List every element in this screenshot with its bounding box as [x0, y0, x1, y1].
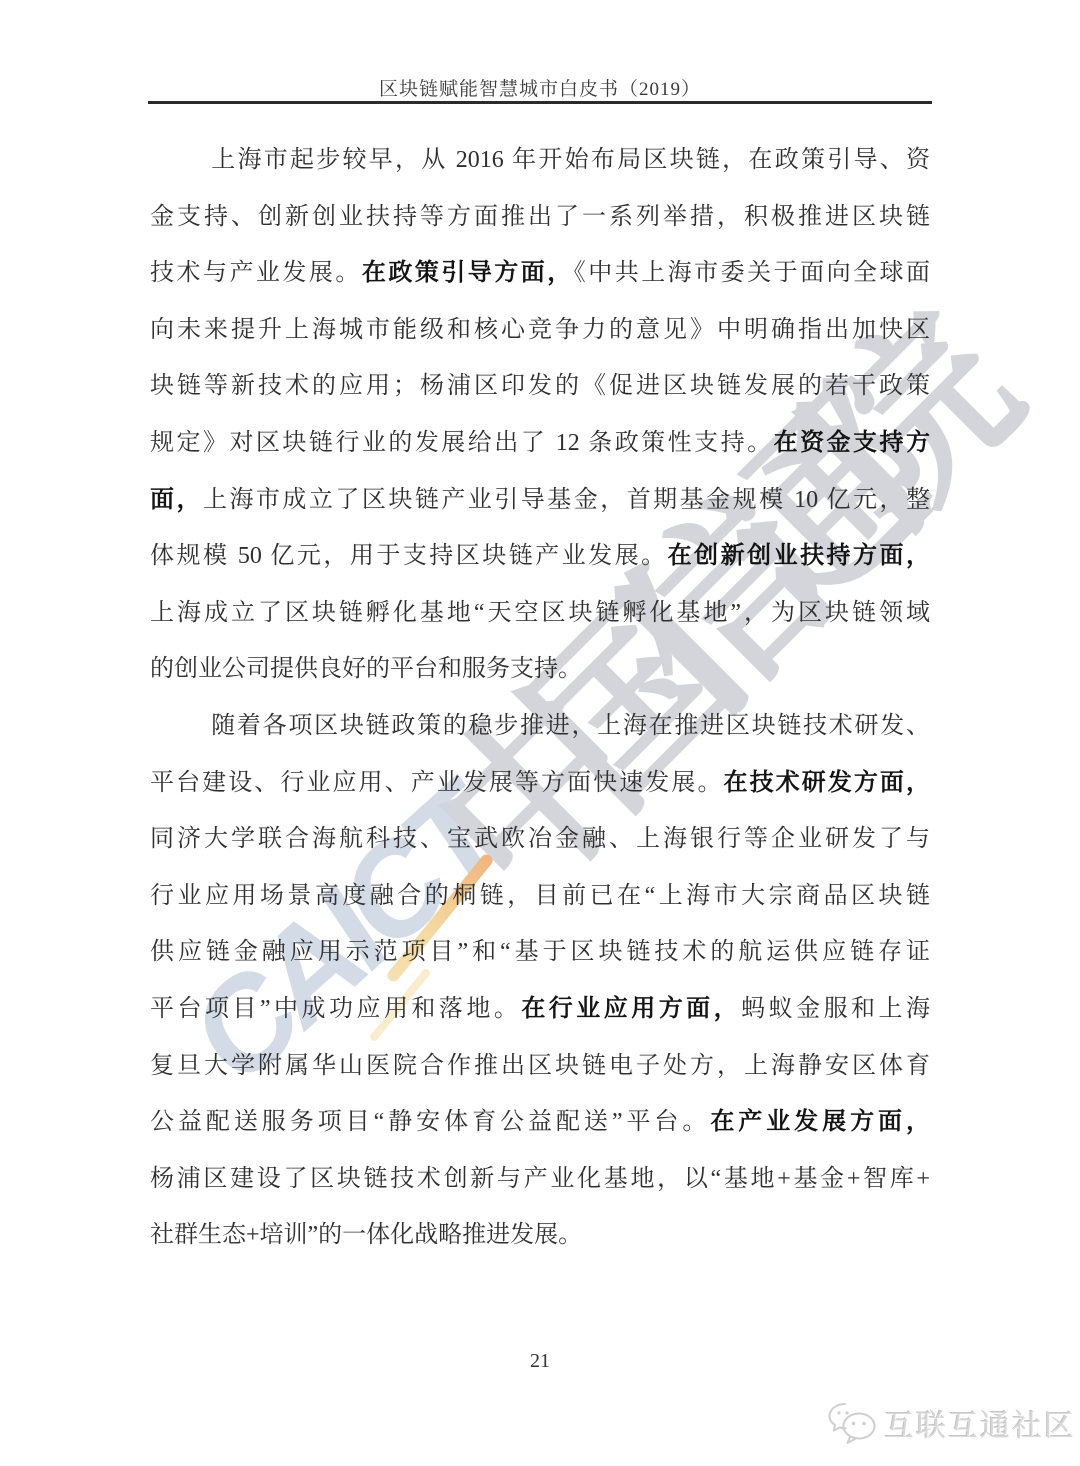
text-segment: 行业应用场景高度融合的桐链，目前已在“上海市大宗商品区块链: [150, 883, 930, 909]
body-line: 体规模 50 亿元，用于支持区块链产业发展。在创新创业扶持方面，: [150, 528, 930, 585]
text-segment: 的创业公司提供良好的平台和服务支持。: [150, 656, 582, 682]
text-segment: 杨浦区建设了区块链技术创新与产业化基地，以“基地+基金+智库+: [150, 1166, 930, 1192]
text-segment: 《中共上海市委关于面向全球面: [574, 260, 930, 286]
text-segment: 规定》对区块链行业的发展给出了 12 条政策性支持。: [150, 430, 774, 456]
body-line: 社群生态+培训”的一体化战略推进发展。: [150, 1207, 930, 1264]
text-segment: 社群生态+培训”的一体化战略推进发展。: [150, 1222, 582, 1248]
page-header-title: 区块链赋能智慧城市白皮书（2019）: [150, 74, 930, 101]
body-line: 行业应用场景高度融合的桐链，目前已在“上海市大宗商品区块链: [150, 868, 930, 925]
bold-text-segment: 在创新创业扶持方面，: [668, 542, 930, 569]
text-segment: 技术与产业发展。: [150, 260, 362, 286]
footer-brand: 互联互通社区: [826, 1400, 1076, 1446]
text-segment: 供应链金融应用示范项目”和“基于区块链技术的航运供应链存证: [150, 939, 930, 965]
text-segment: 同济大学联合海航科技、宝武欧冶金融、上海银行等企业研发了与: [150, 826, 930, 852]
document-page: 中国信通院 CAICT 区块链赋能智慧城市白皮书（2019） 上海市起步较早，从…: [0, 0, 1080, 1466]
body-line: 复旦大学附属华山医院合作推出区块链电子处方，上海静安区体育: [150, 1038, 930, 1095]
text-segment: 上海市起步较早，从 2016 年开始布局区块链，在政策引导、资: [211, 147, 930, 173]
text-segment: 蚂蚁金服和上海: [741, 996, 930, 1022]
bold-text-segment: 在技术研发方面，: [724, 769, 930, 796]
body-line: 块链等新技术的应用；杨浦区印发的《促进区块链发展的若干政策: [150, 358, 930, 415]
body-line: 上海市起步较早，从 2016 年开始布局区块链，在政策引导、资: [150, 132, 930, 189]
body-line: 向未来提升上海城市能级和核心竞争力的意见》中明确指出加快区: [150, 302, 930, 359]
body-line: 的创业公司提供良好的平台和服务支持。: [150, 641, 930, 698]
text-segment: 向未来提升上海城市能级和核心竞争力的意见》中明确指出加快区: [150, 317, 930, 343]
body-line: 技术与产业发展。在政策引导方面，《中共上海市委关于面向全球面: [150, 245, 930, 302]
bold-text-segment: 面，: [150, 486, 203, 513]
text-segment: 随着各项区块链政策的稳步推进，上海在推进区块链技术研发、: [211, 713, 930, 739]
text-segment: 上海成立了区块链孵化基地“天空区块链孵化基地”，为区块链领域: [150, 600, 930, 626]
body-text: 上海市起步较早，从 2016 年开始布局区块链，在政策引导、资金支持、创新创业扶…: [150, 132, 930, 1264]
text-segment: 复旦大学附属华山医院合作推出区块链电子处方，上海静安区体育: [150, 1053, 930, 1079]
text-segment: 公益配送服务项目“静安体育公益配送”平台。: [150, 1109, 710, 1135]
body-line: 上海成立了区块链孵化基地“天空区块链孵化基地”，为区块链领域: [150, 585, 930, 642]
text-segment: 上海市成立了区块链产业引导基金，首期基金规模 10 亿元，整: [203, 487, 930, 513]
body-line: 杨浦区建设了区块链技术创新与产业化基地，以“基地+基金+智库+: [150, 1151, 930, 1208]
body-line: 平台建设、行业应用、产业发展等方面快速发展。在技术研发方面，: [150, 755, 930, 812]
header-rule: [148, 101, 932, 104]
body-line: 同济大学联合海航科技、宝武欧冶金融、上海银行等企业研发了与: [150, 811, 930, 868]
body-line: 平台项目”中成功应用和落地。在行业应用方面，蚂蚁金服和上海: [150, 981, 930, 1038]
bold-text-segment: 在政策引导方面，: [362, 259, 574, 286]
body-line: 面，上海市成立了区块链产业引导基金，首期基金规模 10 亿元，整: [150, 472, 930, 529]
body-line: 供应链金融应用示范项目”和“基于区块链技术的航运供应链存证: [150, 924, 930, 981]
body-line: 随着各项区块链政策的稳步推进，上海在推进区块链技术研发、: [150, 698, 930, 755]
bold-text-segment: 在资金支持方: [774, 429, 930, 456]
text-segment: 体规模 50 亿元，用于支持区块链产业发展。: [150, 543, 668, 569]
body-line: 公益配送服务项目“静安体育公益配送”平台。在产业发展方面，: [150, 1094, 930, 1151]
body-line: 金支持、创新创业扶持等方面推出了一系列举措，积极推进区块链: [150, 189, 930, 246]
bold-text-segment: 在行业应用方面，: [521, 995, 741, 1022]
body-line: 规定》对区块链行业的发展给出了 12 条政策性支持。在资金支持方: [150, 415, 930, 472]
text-segment: 金支持、创新创业扶持等方面推出了一系列举措，积极推进区块链: [150, 204, 930, 230]
text-segment: 平台项目”中成功应用和落地。: [150, 996, 521, 1022]
text-segment: 平台建设、行业应用、产业发展等方面快速发展。: [150, 770, 724, 796]
footer-brand-text: 互联互通社区: [884, 1401, 1076, 1445]
page-number: 21: [150, 1350, 930, 1373]
chat-bubbles-icon: [826, 1400, 878, 1446]
text-segment: 块链等新技术的应用；杨浦区印发的《促进区块链发展的若干政策: [150, 373, 930, 399]
bold-text-segment: 在产业发展方面，: [710, 1108, 930, 1135]
